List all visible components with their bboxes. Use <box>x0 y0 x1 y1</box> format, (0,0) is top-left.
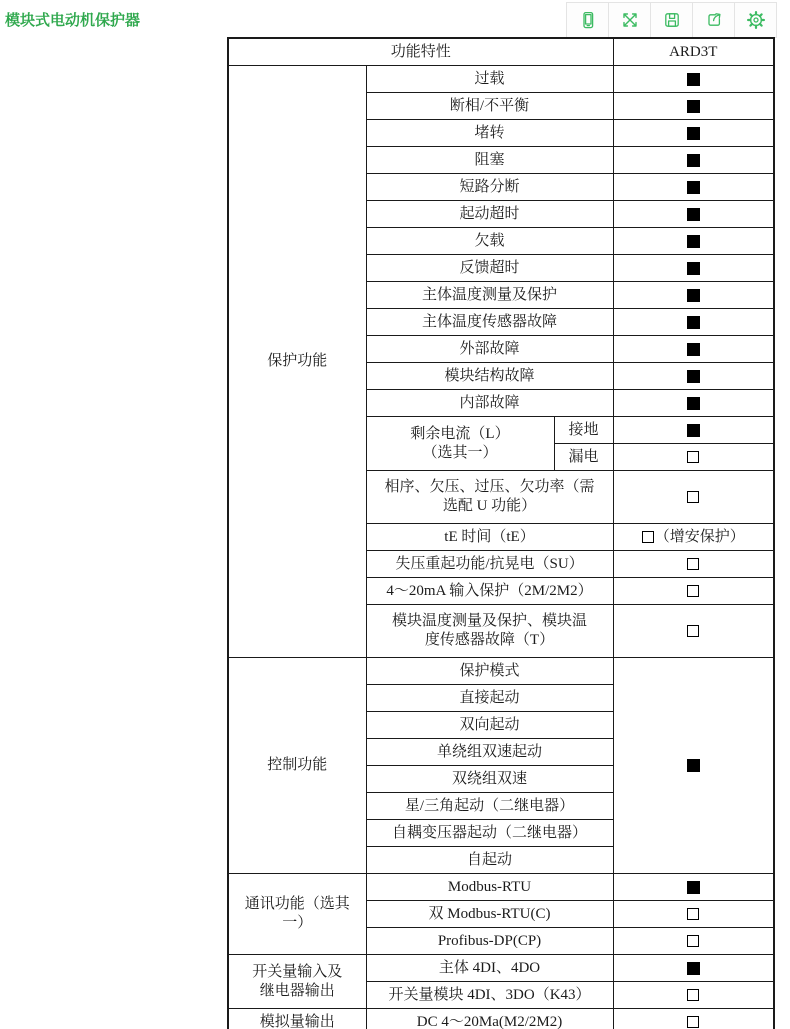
mark-cell <box>613 282 774 309</box>
checkbox-filled-icon <box>687 262 700 275</box>
save-button[interactable] <box>650 2 693 38</box>
checkbox-filled-icon <box>687 881 700 894</box>
checkbox-empty-icon <box>687 989 699 1001</box>
feature-cell: 相序、欠压、过压、欠功率（需选配 U 功能） <box>366 471 613 524</box>
feature-cell: 断相/不平衡 <box>366 93 613 120</box>
feature-cell: 模块结构故障 <box>366 363 613 390</box>
checkbox-empty-icon <box>687 491 699 503</box>
feature-cell: 过载 <box>366 66 613 93</box>
checkbox-empty-icon <box>687 1016 699 1028</box>
mark-cell <box>613 551 774 578</box>
checkbox-filled-icon <box>687 397 700 410</box>
feature-cell: 主体温度测量及保护 <box>366 282 613 309</box>
mark-cell <box>613 928 774 955</box>
feature-cell: 开关量模块 4DI、3DO（K43） <box>366 982 613 1009</box>
feature-cell: 直接起动 <box>366 685 613 712</box>
feature-cell: 模块温度测量及保护、模块温度传感器故障（T） <box>366 605 613 658</box>
feature-cell: 欠载 <box>366 228 613 255</box>
checkbox-filled-icon <box>687 343 700 356</box>
feature-cell: 堵转 <box>366 120 613 147</box>
feature-table-body: 保护功能过载断相/不平衡堵转阻塞短路分断起动超时欠载反馈超时主体温度测量及保护主… <box>228 66 774 1029</box>
mark-cell <box>613 336 774 363</box>
mark-cell <box>613 309 774 336</box>
checkbox-filled-icon <box>687 181 700 194</box>
header-product-cell: ARD3T <box>613 38 774 66</box>
mark-cell <box>613 471 774 524</box>
feature-cell: 双 Modbus-RTU(C) <box>366 901 613 928</box>
feature-cell: 外部故障 <box>366 336 613 363</box>
checkbox-filled-icon <box>687 759 700 772</box>
feature-cell: 双向起动 <box>366 712 613 739</box>
mark-cell <box>613 874 774 901</box>
feature-cell: 星/三角起动（二继电器） <box>366 793 613 820</box>
table-header-row: 功能特性 ARD3T <box>228 38 774 66</box>
feature-cell: 内部故障 <box>366 390 613 417</box>
table-row: 开关量输入及继电器输出主体 4DI、4DO <box>228 955 774 982</box>
checkbox-filled-icon <box>687 127 700 140</box>
mark-cell <box>613 66 774 93</box>
mark-cell <box>613 658 774 874</box>
toolbar <box>566 2 777 38</box>
feature-cell: 自起动 <box>366 847 613 874</box>
mark-cell <box>613 201 774 228</box>
checkbox-filled-icon <box>687 208 700 221</box>
mark-cell <box>613 120 774 147</box>
mobile-preview-button[interactable] <box>566 2 609 38</box>
checkbox-empty-icon <box>687 585 699 597</box>
checkbox-filled-icon <box>687 289 700 302</box>
feature-cell: 剩余电流（L）（选其一） <box>366 417 554 471</box>
checkbox-empty-icon <box>687 625 699 637</box>
mark-cell <box>613 1009 774 1029</box>
feature-cell: 反馈超时 <box>366 255 613 282</box>
mark-cell <box>613 93 774 120</box>
mark-cell: （增安保护） <box>613 524 774 551</box>
feature-cell: Modbus-RTU <box>366 874 613 901</box>
gear-icon <box>746 10 766 30</box>
group-cell: 模拟量输出 <box>228 1009 366 1029</box>
feature-cell: DC 4～20Ma(M2/2M2) <box>366 1009 613 1029</box>
mark-cell <box>613 147 774 174</box>
checkbox-filled-icon <box>687 316 700 329</box>
feature-cell: 保护模式 <box>366 658 613 685</box>
mark-cell <box>613 955 774 982</box>
checkbox-filled-icon <box>687 154 700 167</box>
feature-comparison-table: 功能特性 ARD3T 保护功能过载断相/不平衡堵转阻塞短路分断起动超时欠载反馈超… <box>227 37 775 1029</box>
group-cell: 通讯功能（选其一） <box>228 874 366 955</box>
sub-option-cell: 漏电 <box>554 444 613 471</box>
checkbox-filled-icon <box>687 370 700 383</box>
feature-cell: 双绕组双速 <box>366 766 613 793</box>
checkbox-empty-icon <box>687 451 699 463</box>
feature-cell: 失压重起功能/抗晃电（SU） <box>366 551 613 578</box>
sub-option-cell: 接地 <box>554 417 613 444</box>
feature-cell: 自耦变压器起动（二继电器） <box>366 820 613 847</box>
table-row: 控制功能保护模式 <box>228 658 774 685</box>
feature-cell: 主体温度传感器故障 <box>366 309 613 336</box>
page: 模块式电动机保护器 <box>0 0 790 1029</box>
mark-cell <box>613 363 774 390</box>
checkbox-empty-icon <box>642 531 654 543</box>
feature-cell: 主体 4DI、4DO <box>366 955 613 982</box>
table-row: 模拟量输出DC 4～20Ma(M2/2M2) <box>228 1009 774 1029</box>
table-row: 保护功能过载 <box>228 66 774 93</box>
page-title: 模块式电动机保护器 <box>5 9 140 30</box>
save-floppy-icon <box>662 10 682 30</box>
checkbox-filled-icon <box>687 424 700 437</box>
feature-cell: Profibus-DP(CP) <box>366 928 613 955</box>
checkbox-empty-icon <box>687 935 699 947</box>
mark-cell <box>613 390 774 417</box>
group-cell: 控制功能 <box>228 658 366 874</box>
settings-button[interactable] <box>734 2 777 38</box>
share-export-icon <box>704 10 724 30</box>
feature-cell: 4～20mA 输入保护（2M/2M2） <box>366 578 613 605</box>
mark-cell <box>613 255 774 282</box>
group-cell: 开关量输入及继电器输出 <box>228 955 366 1009</box>
feature-cell: 短路分断 <box>366 174 613 201</box>
share-button[interactable] <box>692 2 735 38</box>
checkbox-filled-icon <box>687 73 700 86</box>
mobile-icon <box>578 10 598 30</box>
mark-cell <box>613 444 774 471</box>
checkbox-empty-icon <box>687 908 699 920</box>
table-row: 通讯功能（选其一）Modbus-RTU <box>228 874 774 901</box>
feature-cell: 起动超时 <box>366 201 613 228</box>
fullscreen-expand-icon <box>620 10 640 30</box>
mark-cell <box>613 982 774 1009</box>
mark-cell <box>613 605 774 658</box>
mark-cell <box>613 174 774 201</box>
feature-cell: 阻塞 <box>366 147 613 174</box>
checkbox-filled-icon <box>687 235 700 248</box>
mark-cell <box>613 578 774 605</box>
mark-cell <box>613 417 774 444</box>
checkbox-filled-icon <box>687 100 700 113</box>
header-feature-cell: 功能特性 <box>228 38 613 66</box>
fullscreen-button[interactable] <box>608 2 651 38</box>
feature-cell: tE 时间（tE） <box>366 524 613 551</box>
group-cell: 保护功能 <box>228 66 366 658</box>
feature-cell: 单绕组双速起动 <box>366 739 613 766</box>
feature-table: 功能特性 ARD3T 保护功能过载断相/不平衡堵转阻塞短路分断起动超时欠载反馈超… <box>227 37 775 1029</box>
mark-note: （增安保护） <box>655 529 745 545</box>
mark-cell <box>613 901 774 928</box>
checkbox-filled-icon <box>687 962 700 975</box>
checkbox-empty-icon <box>687 558 699 570</box>
mark-cell <box>613 228 774 255</box>
